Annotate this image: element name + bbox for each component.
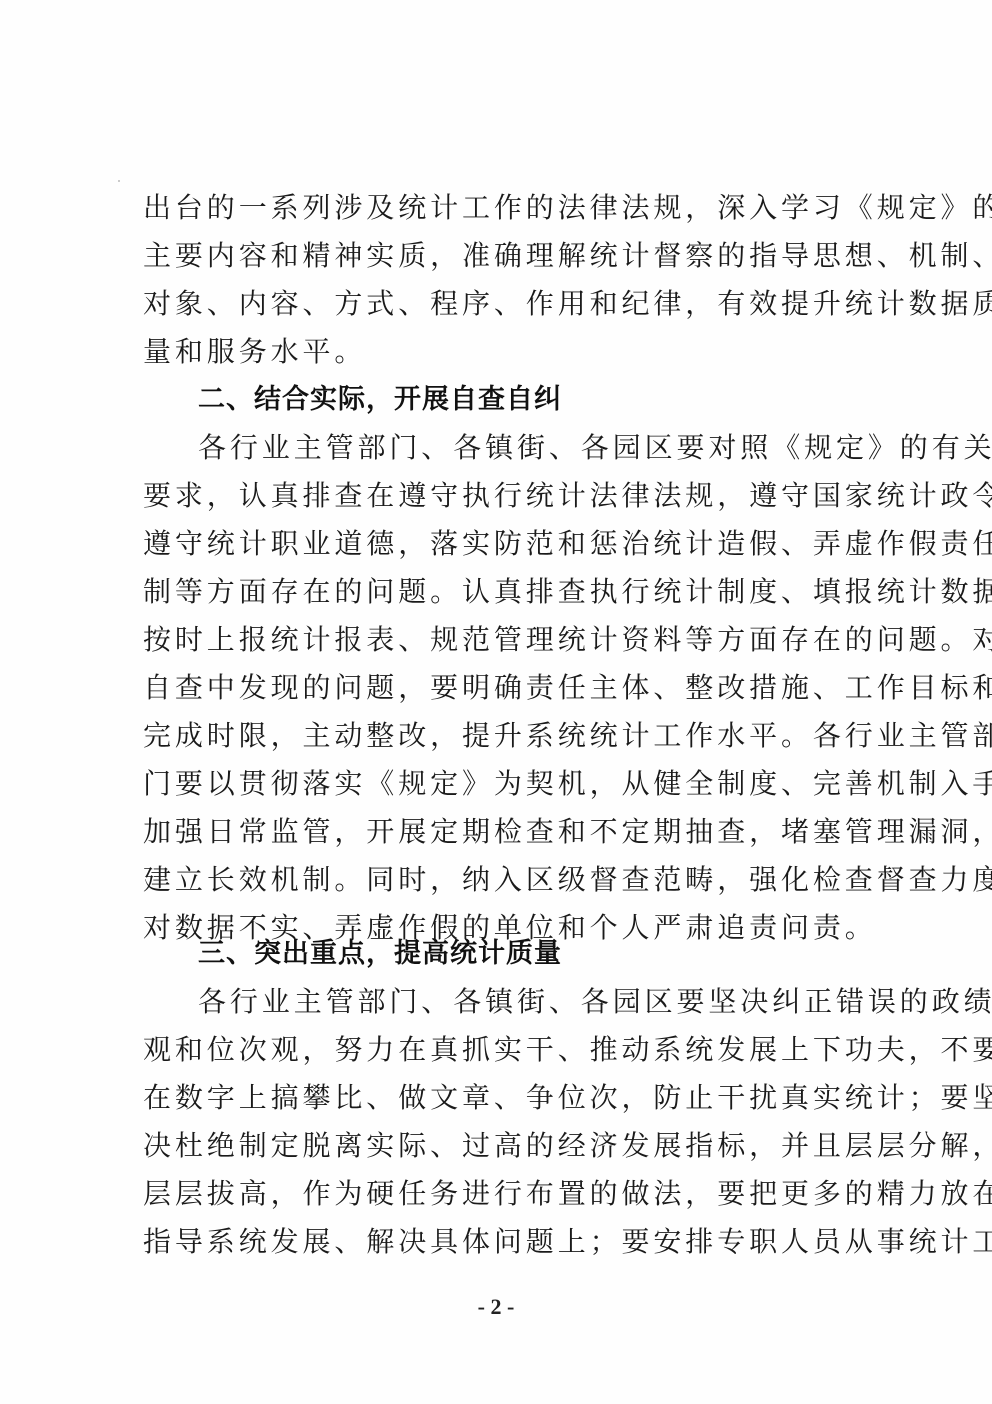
- document-page: 出台的一系列涉及统计工作的法律法规，深入学习《规定》的 主要内容和精神实质，准确…: [0, 0, 992, 1404]
- paragraph-line: 建立长效机制。同时，纳入区级督查范畴，强化检查督查力度，: [143, 860, 873, 900]
- paragraph-line: 加强日常监管，开展定期检查和不定期抽查，堵塞管理漏洞，: [143, 812, 873, 852]
- paragraph-line: 各行业主管部门、各镇街、各园区要对照《规定》的有关: [198, 428, 873, 468]
- paragraph-line: 要求，认真排查在遵守执行统计法律法规，遵守国家统计政令，: [143, 476, 873, 516]
- section-heading: 三、突出重点，提高统计质量: [198, 934, 562, 974]
- paragraph-line: 完成时限，主动整改，提升系统统计工作水平。各行业主管部: [143, 716, 873, 756]
- paragraph-line: 各行业主管部门、各镇街、各园区要坚决纠正错误的政绩: [198, 982, 873, 1022]
- paragraph-line: 按时上报统计报表、规范管理统计资料等方面存在的问题。对: [143, 620, 873, 660]
- paragraph-line: 量和服务水平。: [143, 332, 873, 372]
- paragraph-line: 观和位次观，努力在真抓实干、推动系统发展上下功夫，不要: [143, 1030, 873, 1070]
- paragraph-line: 层层拔高，作为硬任务进行布置的做法，要把更多的精力放在: [143, 1174, 873, 1214]
- paragraph-line: 自查中发现的问题，要明确责任主体、整改措施、工作目标和: [143, 668, 873, 708]
- page-number: - 2 -: [0, 1294, 992, 1320]
- paragraph-line: 决杜绝制定脱离实际、过高的经济发展指标，并且层层分解，: [143, 1126, 873, 1166]
- scan-artifact: [118, 180, 120, 182]
- paragraph-line: 指导系统发展、解决具体问题上；要安排专职人员从事统计工: [143, 1222, 873, 1262]
- scan-artifact: [540, 745, 542, 747]
- paragraph-line: 出台的一系列涉及统计工作的法律法规，深入学习《规定》的: [143, 188, 873, 228]
- paragraph-line: 遵守统计职业道德，落实防范和惩治统计造假、弄虚作假责任: [143, 524, 873, 564]
- paragraph-line: 对象、内容、方式、程序、作用和纪律，有效提升统计数据质: [143, 284, 873, 324]
- paragraph-line: 制等方面存在的问题。认真排查执行统计制度、填报统计数据、: [143, 572, 873, 612]
- paragraph-line: 主要内容和精神实质，准确理解统计督察的指导思想、机制、: [143, 236, 873, 276]
- section-heading: 二、结合实际，开展自查自纠: [198, 380, 562, 420]
- paragraph-line: 门要以贯彻落实《规定》为契机，从健全制度、完善机制入手，: [143, 764, 873, 804]
- paragraph-line: 在数字上搞攀比、做文章、争位次，防止干扰真实统计；要坚: [143, 1078, 873, 1118]
